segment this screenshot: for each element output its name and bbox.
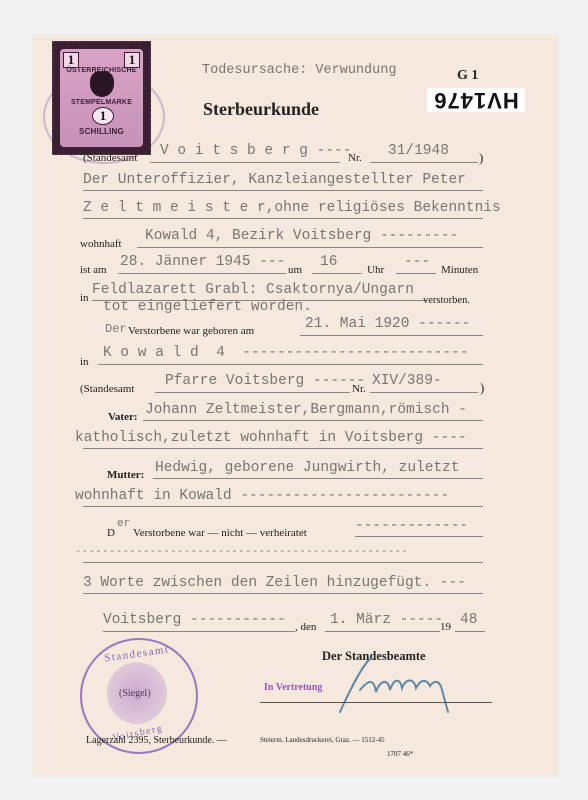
archive-label: HV1476: [427, 88, 525, 112]
document-title: Sterbeurkunde: [203, 99, 319, 120]
birth-prefix-typed: Der: [105, 322, 127, 336]
mother-line-1: Hedwig, geborene Jungwirth, zuletzt: [155, 460, 460, 476]
marital-prefix-typed: er: [117, 518, 130, 530]
footer-left: Lagerzahl 2395, Sterbeurkunde. —: [86, 735, 227, 746]
registry-nr-label: Nr.: [348, 152, 362, 164]
issued-place: Voitsberg -----------: [103, 612, 286, 628]
issued-date: 1. März -----: [330, 612, 443, 628]
registry-office: V o i t s b e r g ----: [160, 143, 351, 159]
birth-registry-nr-label: Nr.: [352, 383, 366, 395]
birth-place-value: K o w a l d 4 --------------------------: [103, 345, 468, 361]
year-prefix: 19: [440, 621, 451, 633]
interlinear-note: 3 Worte zwischen den Zeilen hinzugefügt.…: [83, 575, 466, 591]
birth-registry-label: (Standesamt: [80, 383, 134, 395]
form-code: G 1: [457, 68, 478, 84]
death-place-value: Feldlazarett Grabl: Csaktornya/Ungarn: [92, 282, 414, 298]
revenue-stamp: 1 1 ÖSTERREICHISCHE STEMPELMARKE 1 SCHIL…: [52, 41, 151, 155]
birth-registry-value: Pfarre Voitsberg ------: [165, 373, 365, 389]
mother-label: Mutter:: [107, 469, 144, 481]
deceased-line-2: Z e l t m e i s t e r,ohne religiöses Be…: [83, 200, 501, 216]
mother-line-2: wohnhaft in Kowald ---------------------…: [75, 488, 449, 504]
death-date-value: 28. Jänner 1945 ---: [120, 254, 285, 270]
birth-place-label: in: [80, 356, 89, 368]
stamp-corner-value-right: 1: [124, 52, 140, 68]
cause-of-death: Todesursache: Verwundung: [202, 63, 396, 78]
residence-value: Kowald 4, Bezirk Voitsberg ---------: [145, 228, 458, 244]
father-label: Vater:: [108, 411, 138, 423]
signature-icon: [330, 650, 460, 730]
stamp-corner-value-left: 1: [63, 52, 79, 68]
footer-right: Steierm. Landesdruckerei, Graz. — 1512-4…: [260, 736, 385, 744]
in-vertretung-stamp: In Vertretung: [264, 682, 322, 693]
father-line-1: Johann Zeltmeister,Bergmann,römisch -: [145, 402, 467, 418]
marital-fill-1: -------------: [355, 518, 468, 534]
stamp-mid-text: STEMPELMARKE: [60, 99, 143, 106]
eagle-coat-of-arms-icon: [90, 71, 114, 97]
year-suffix: 48: [460, 612, 477, 628]
death-date-label: ist am: [80, 264, 107, 276]
marital-label: Verstorbene war — nicht — verheiratet: [133, 527, 307, 539]
stamp-value: 1: [92, 107, 114, 125]
birth-label: Verstorbene war geboren am: [128, 325, 254, 337]
residence-label: wohnhaft: [80, 238, 122, 250]
birth-registry-nr-value: XIV/389-: [372, 373, 442, 389]
death-place-label: in: [80, 292, 89, 304]
birth-registry-close-paren: ): [480, 380, 484, 396]
father-line-2: katholisch,zuletzt wohnhaft in Voitsberg…: [75, 430, 467, 446]
death-place-note: tot eingeliefert worden.: [103, 299, 312, 315]
stamp-unit: SCHILLING: [60, 127, 143, 136]
footer-code: 1707 46*: [387, 750, 413, 758]
verstorben-label: verstorben.: [423, 295, 470, 306]
den-label: , den: [295, 621, 316, 633]
death-hour-value: 16: [320, 254, 337, 270]
death-minutes-value: ---: [404, 254, 430, 270]
registry-label: (Standesamt: [83, 152, 137, 164]
um-label: um: [288, 264, 302, 276]
marital-fill-2: ----------------------------------------…: [75, 546, 408, 558]
birth-date-value: 21. Mai 1920 ------: [305, 316, 470, 332]
seal-center-text: (Siegel): [119, 688, 151, 699]
uhr-label: Uhr: [367, 264, 384, 276]
registry-close-paren: ): [479, 150, 483, 166]
registry-nr-value: 31/1948: [388, 143, 449, 159]
stamp-face: 1 1 ÖSTERREICHISCHE STEMPELMARKE 1 SCHIL…: [60, 49, 143, 147]
marital-prefix: D: [107, 527, 115, 539]
deceased-line-1: Der Unteroffizier, Kanzleiangestellter P…: [83, 172, 466, 188]
minuten-label: Minuten: [441, 264, 478, 276]
